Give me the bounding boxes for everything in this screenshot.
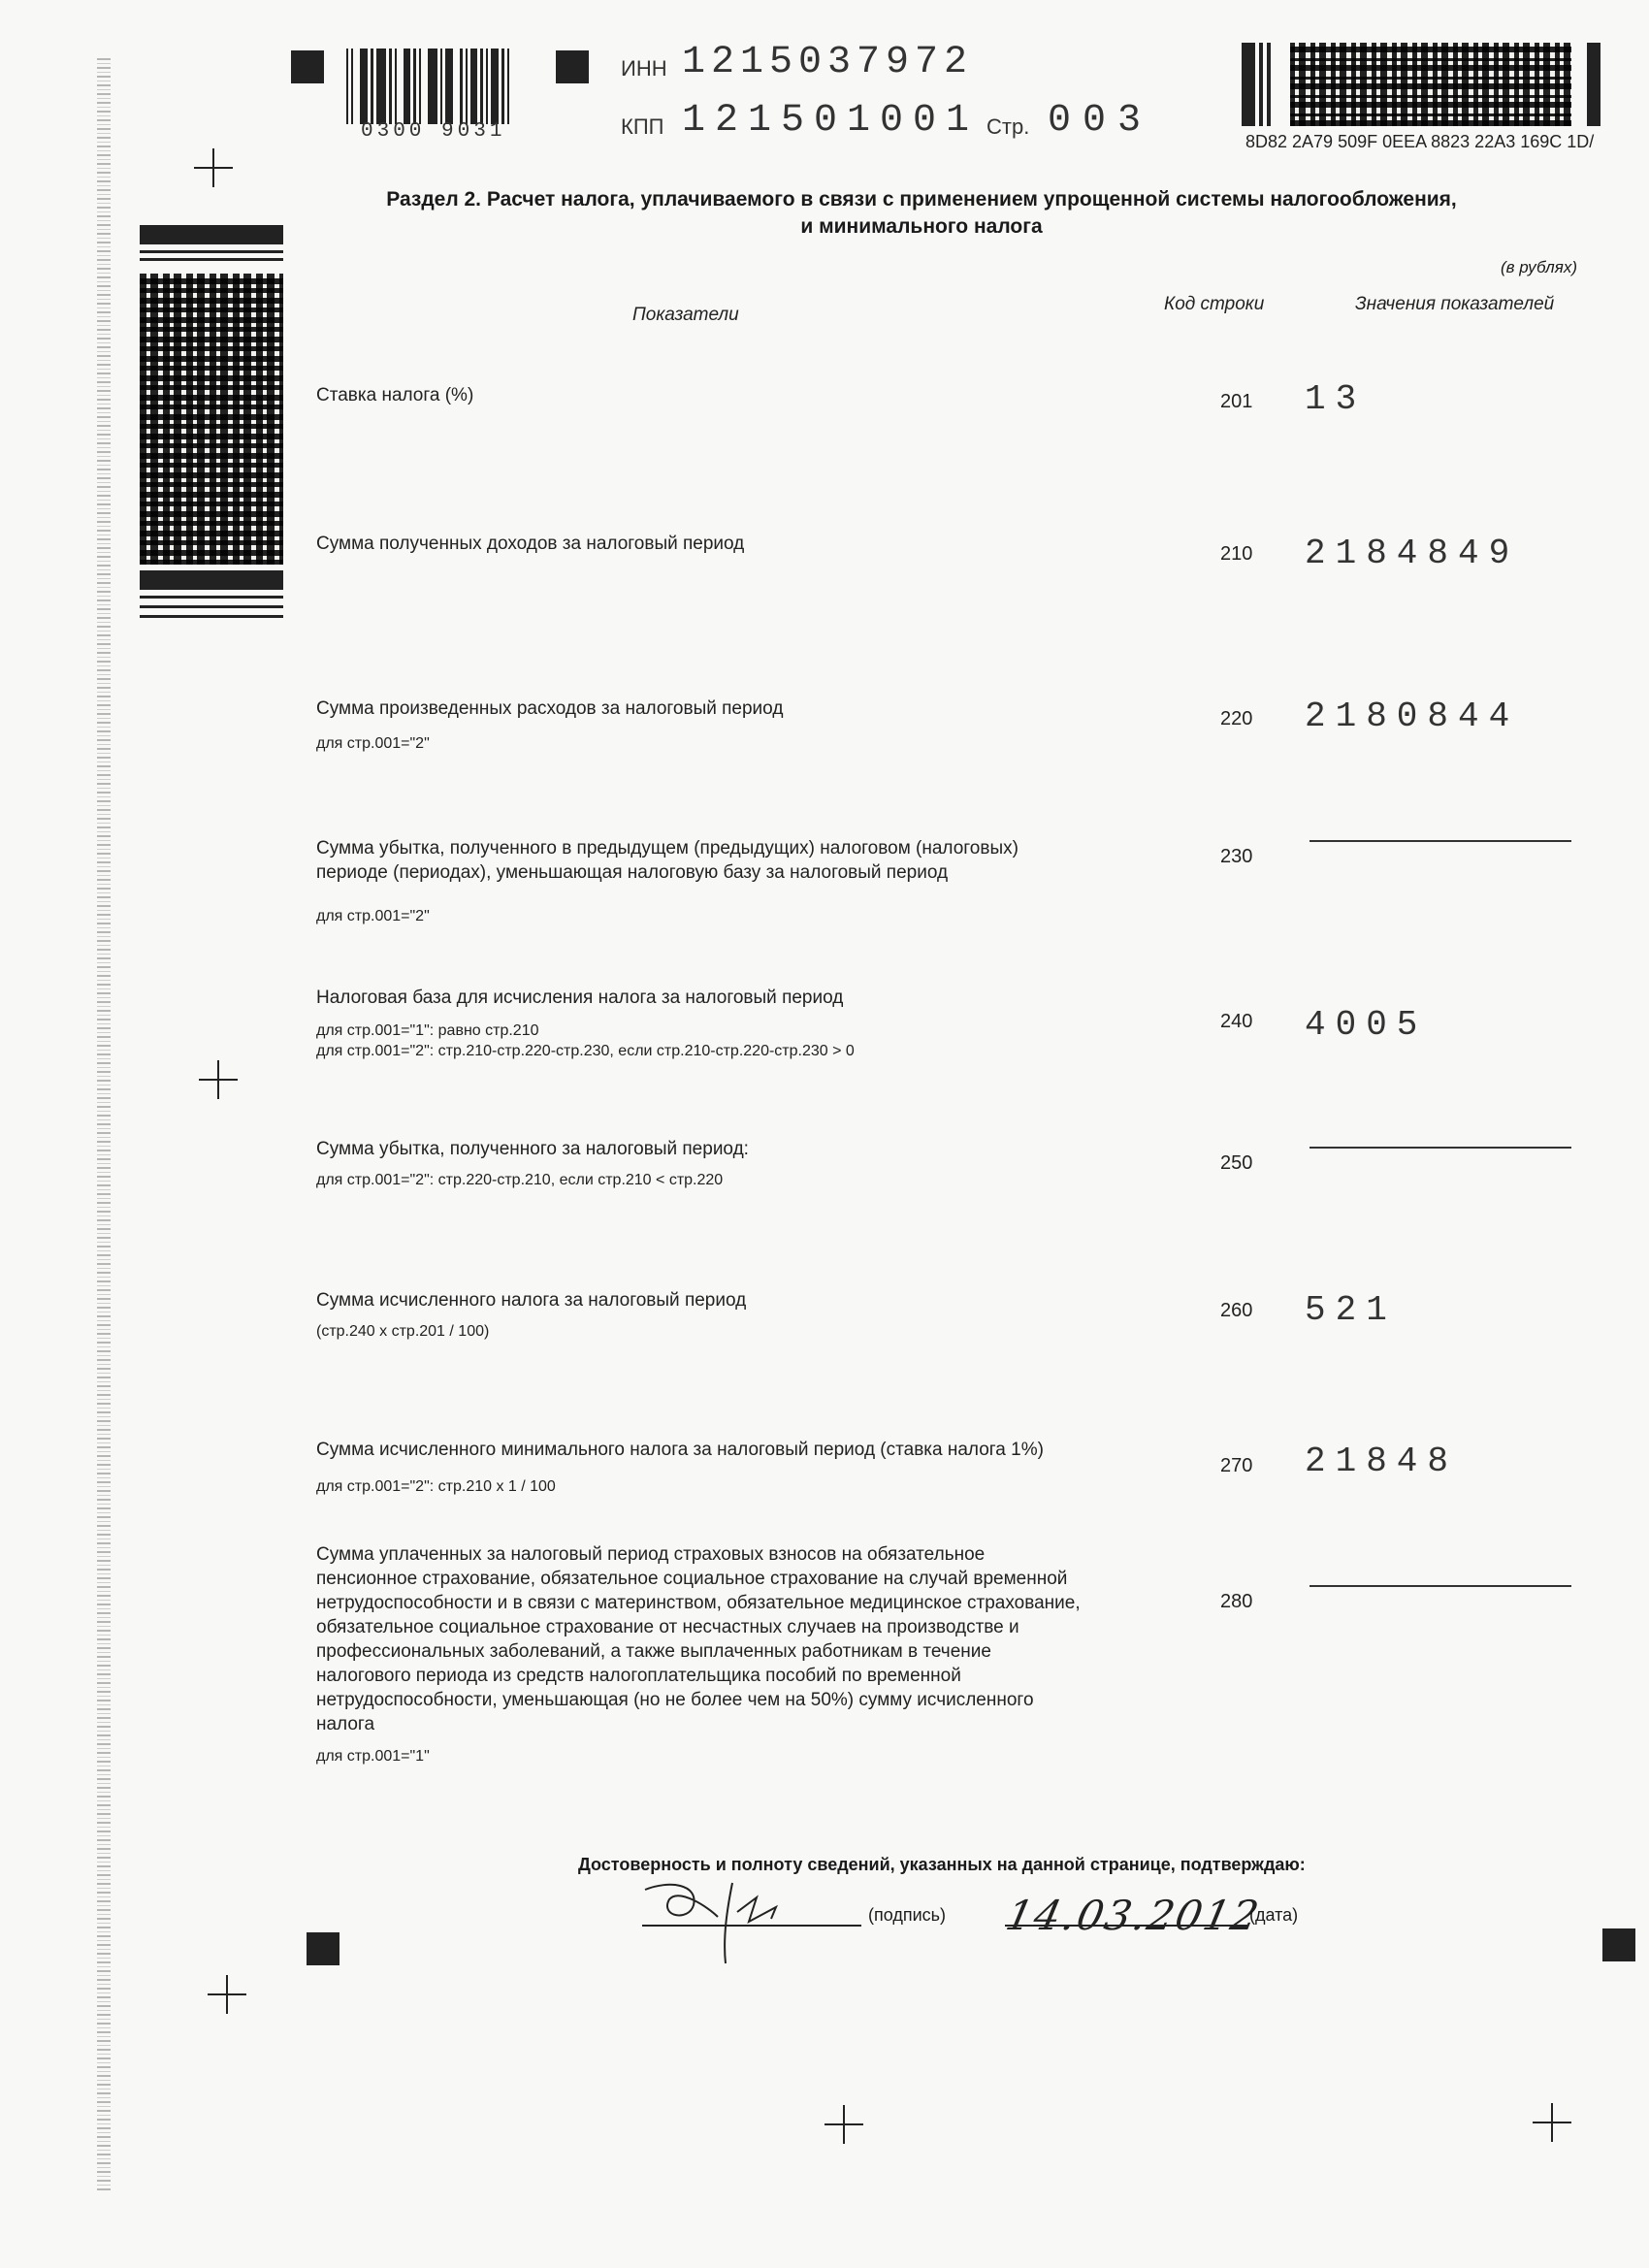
row-value: 2180844 (1305, 697, 1519, 736)
registration-marker (307, 1932, 339, 1965)
row-value: 4005 (1305, 1005, 1427, 1045)
row-250-label: Сумма убытка, полученного за налоговый п… (316, 1137, 749, 1161)
row-260-note: (стр.240 х стр.201 / 100) (316, 1321, 489, 1342)
column-header-values: Значения показателей (1355, 294, 1554, 315)
registration-marker (1602, 1928, 1635, 1961)
row-note-line: для стр.001="2" (316, 906, 430, 926)
row-code: 230 (1220, 846, 1252, 868)
row-220-label: Сумма произведенных расходов за налоговы… (316, 697, 783, 721)
date-caption: (дата) (1249, 1905, 1298, 1926)
side-2d-code (140, 274, 283, 565)
row-note-line: (стр.240 х стр.201 / 100) (316, 1321, 489, 1342)
row-label-line: нетрудоспособности и в связи с материнст… (316, 1591, 1081, 1615)
signature-caption: (подпись) (868, 1905, 946, 1926)
row-code: 260 (1220, 1300, 1252, 1322)
row-220-note: для стр.001="2" (316, 733, 430, 754)
row-label-line: обязательное социальное страхование от н… (316, 1615, 1081, 1639)
row-note-line: для стр.001="2" (316, 733, 430, 754)
side-2d-code (140, 615, 283, 618)
row-code: 201 (1220, 391, 1252, 413)
barcode-number: 0300 9031 (361, 120, 505, 143)
pdf417-code (1242, 43, 1255, 126)
crosshair-marker (1533, 2103, 1571, 2142)
crosshair-marker (208, 1975, 246, 2014)
barcode (346, 49, 533, 124)
section-title-line1: Раздел 2. Расчет налога, уплачиваемого в… (291, 186, 1552, 213)
section-title-line2: и минимального налога (291, 213, 1552, 241)
row-label-line: Налоговая база для исчисления налога за … (316, 986, 843, 1010)
date-line (1005, 1925, 1247, 1927)
row-240-note: для стр.001="1": равно стр.210для стр.00… (316, 1021, 855, 1061)
column-header-indicators: Показатели (632, 305, 739, 326)
crosshair-marker (199, 1060, 238, 1099)
row-250-note: для стр.001="2": стр.220-стр.210, если с… (316, 1170, 723, 1190)
row-note-line: для стр.001="2": стр.210-стр.220-стр.230… (316, 1041, 855, 1061)
row-280-label: Сумма уплаченных за налоговый период стр… (316, 1542, 1081, 1736)
row-label-line: нетрудоспособности, уменьшающая (но не б… (316, 1688, 1081, 1712)
inn-value: 1215037972 (682, 41, 973, 84)
scan-edge-artifact (97, 58, 111, 2192)
side-2d-code (140, 250, 283, 253)
row-note-line: для стр.001="1" (316, 1746, 430, 1766)
side-2d-code (140, 605, 283, 608)
date-value: 14.03.2012 (1002, 1892, 1265, 1939)
page-label: Стр. (986, 114, 1029, 140)
kpp-label: КПП (621, 114, 663, 140)
row-value: 521 (1305, 1290, 1397, 1330)
row-note-line: для стр.001="2": стр.220-стр.210, если с… (316, 1170, 723, 1190)
row-label-line: Сумма убытка, полученного за налоговый п… (316, 1137, 749, 1161)
pdf417-code (1587, 43, 1600, 126)
row-note-line: для стр.001="1": равно стр.210 (316, 1021, 855, 1041)
row-280-note: для стр.001="1" (316, 1746, 430, 1766)
row-label-line: пенсионное страхование, обязательное соц… (316, 1567, 1081, 1591)
row-code: 220 (1220, 708, 1252, 730)
row-label-line: Сумма уплаченных за налоговый период стр… (316, 1542, 1081, 1567)
row-label-line: Ставка налога (%) (316, 383, 473, 407)
registration-marker (556, 50, 589, 83)
row-code: 270 (1220, 1455, 1252, 1477)
registration-marker (291, 50, 324, 83)
row-code: 280 (1220, 1591, 1252, 1613)
signature-line (642, 1925, 861, 1927)
page-number: 003 (1048, 99, 1152, 143)
empty-value-dash (1309, 1585, 1571, 1587)
row-210-label: Сумма полученных доходов за налоговый пе… (316, 532, 744, 556)
row-note-line: для стр.001="2": стр.210 х 1 / 100 (316, 1476, 556, 1497)
row-label-line: профессиональных заболеваний, а также вы… (316, 1639, 1081, 1664)
crosshair-marker (194, 148, 233, 187)
side-2d-code (140, 225, 283, 244)
section-title: Раздел 2. Расчет налога, уплачиваемого в… (291, 186, 1552, 241)
side-2d-code (140, 570, 283, 590)
row-value: 13 (1305, 379, 1366, 419)
crosshair-marker (824, 2105, 863, 2144)
row-code: 250 (1220, 1152, 1252, 1175)
column-header-code: Код строки (1164, 294, 1264, 315)
row-label-line: Сумма исчисленного минимального налога з… (316, 1438, 1044, 1462)
row-label-line: Сумма произведенных расходов за налоговы… (316, 697, 783, 721)
row-code: 210 (1220, 543, 1252, 566)
row-230-note: для стр.001="2" (316, 906, 430, 926)
empty-value-dash (1309, 1147, 1571, 1149)
row-270-note: для стр.001="2": стр.210 х 1 / 100 (316, 1476, 556, 1497)
inn-label: ИНН (621, 56, 667, 81)
row-260-label: Сумма исчисленного налога за налоговый п… (316, 1288, 746, 1312)
row-label-line: Сумма убытка, полученного в предыдущем (… (316, 836, 1018, 860)
row-value: 2184849 (1305, 534, 1519, 573)
row-label-line: налога (316, 1712, 1081, 1736)
pdf417-code (1267, 43, 1271, 126)
row-230-label: Сумма убытка, полученного в предыдущем (… (316, 836, 1018, 885)
row-label-line: Сумма исчисленного налога за налоговый п… (316, 1288, 746, 1312)
signature-mark (640, 1878, 805, 1965)
row-label-line: Сумма полученных доходов за налоговый пе… (316, 532, 744, 556)
side-2d-code (140, 258, 283, 261)
side-2d-code (140, 596, 283, 599)
row-label-line: налогового периода из средств налогоплат… (316, 1664, 1081, 1688)
pdf417-code (1259, 43, 1263, 126)
row-240-label: Налоговая база для исчисления налога за … (316, 986, 843, 1010)
row-label-line: периоде (периодах), уменьшающая налогову… (316, 860, 1018, 885)
code-caption: 8D82 2A79 509F 0EEA 8823 22A3 169C 1D/ (1245, 132, 1594, 152)
row-270-label: Сумма исчисленного минимального налога з… (316, 1438, 1044, 1462)
row-code: 240 (1220, 1011, 1252, 1033)
row-value: 21848 (1305, 1442, 1458, 1481)
units-note: (в рублях) (1501, 258, 1577, 277)
confirmation-text: Достоверность и полноту сведений, указан… (578, 1855, 1306, 1875)
empty-value-dash (1309, 840, 1571, 842)
pdf417-code (1290, 43, 1571, 126)
row-201-label: Ставка налога (%) (316, 383, 473, 407)
kpp-value: 121501001 (682, 99, 979, 143)
